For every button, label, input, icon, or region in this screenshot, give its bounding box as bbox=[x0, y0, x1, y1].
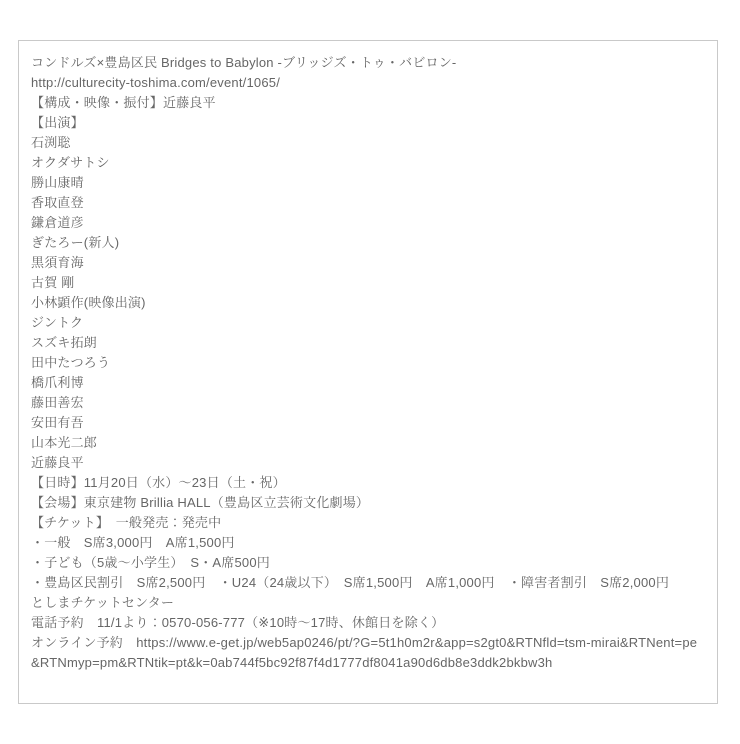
event-text-line: 田中たつろう bbox=[31, 353, 705, 373]
event-text-line: 【会場】東京建物 Brillia HALL（豊島区立芸術文化劇場） bbox=[31, 493, 705, 513]
event-text-line: 【チケット】 一般発売：発売中 bbox=[31, 513, 705, 533]
event-text-line: としまチケットセンター bbox=[31, 593, 705, 613]
event-text-line: 【出演】 bbox=[31, 113, 705, 133]
event-text-line: 【日時】11月20日（水）〜23日（土・祝） bbox=[31, 473, 705, 493]
event-text-line: ぎたろー(新人) bbox=[31, 233, 705, 253]
event-text-line: 鎌倉道彦 bbox=[31, 213, 705, 233]
page-background: コンドルズ×豊島区民 Bridges to Babylon -ブリッジズ・トゥ・… bbox=[0, 0, 740, 744]
event-text-line: 近藤良平 bbox=[31, 453, 705, 473]
event-text-line: 石渕聡 bbox=[31, 133, 705, 153]
event-text-line: http://culturecity-toshima.com/event/106… bbox=[31, 73, 705, 93]
event-text-line: オクダサトシ bbox=[31, 153, 705, 173]
event-text-line: スズキ拓朗 bbox=[31, 333, 705, 353]
event-text-line: 古賀 剛 bbox=[31, 273, 705, 293]
event-text-line: 安田有吾 bbox=[31, 413, 705, 433]
event-text-line: 藤田善宏 bbox=[31, 393, 705, 413]
event-text-line: 山本光二郎 bbox=[31, 433, 705, 453]
event-text-line: コンドルズ×豊島区民 Bridges to Babylon -ブリッジズ・トゥ・… bbox=[31, 53, 705, 73]
event-text-line: 小林顕作(映像出演) bbox=[31, 293, 705, 313]
event-info-panel: コンドルズ×豊島区民 Bridges to Babylon -ブリッジズ・トゥ・… bbox=[18, 40, 718, 704]
event-text-line: 黒須育海 bbox=[31, 253, 705, 273]
event-text-line: 勝山康晴 bbox=[31, 173, 705, 193]
event-text-line: オンライン予約 https://www.e-get.jp/web5ap0246/… bbox=[31, 633, 705, 673]
event-text-line: 橋爪利博 bbox=[31, 373, 705, 393]
event-text-line: ジントク bbox=[31, 313, 705, 333]
event-text-line: ・一般 S席3,000円 A席1,500円 bbox=[31, 533, 705, 553]
event-text-line: 香取直登 bbox=[31, 193, 705, 213]
event-text-line: 【構成・映像・振付】近藤良平 bbox=[31, 93, 705, 113]
event-text-line: 電話予約 11/1より：0570-056-777（※10時〜17時、休館日を除く… bbox=[31, 613, 705, 633]
event-text-line: ・豊島区民割引 S席2,500円 ・U24（24歳以下） S席1,500円 A席… bbox=[31, 573, 705, 593]
event-text-line: ・子ども（5歳〜小学生） S・A席500円 bbox=[31, 553, 705, 573]
